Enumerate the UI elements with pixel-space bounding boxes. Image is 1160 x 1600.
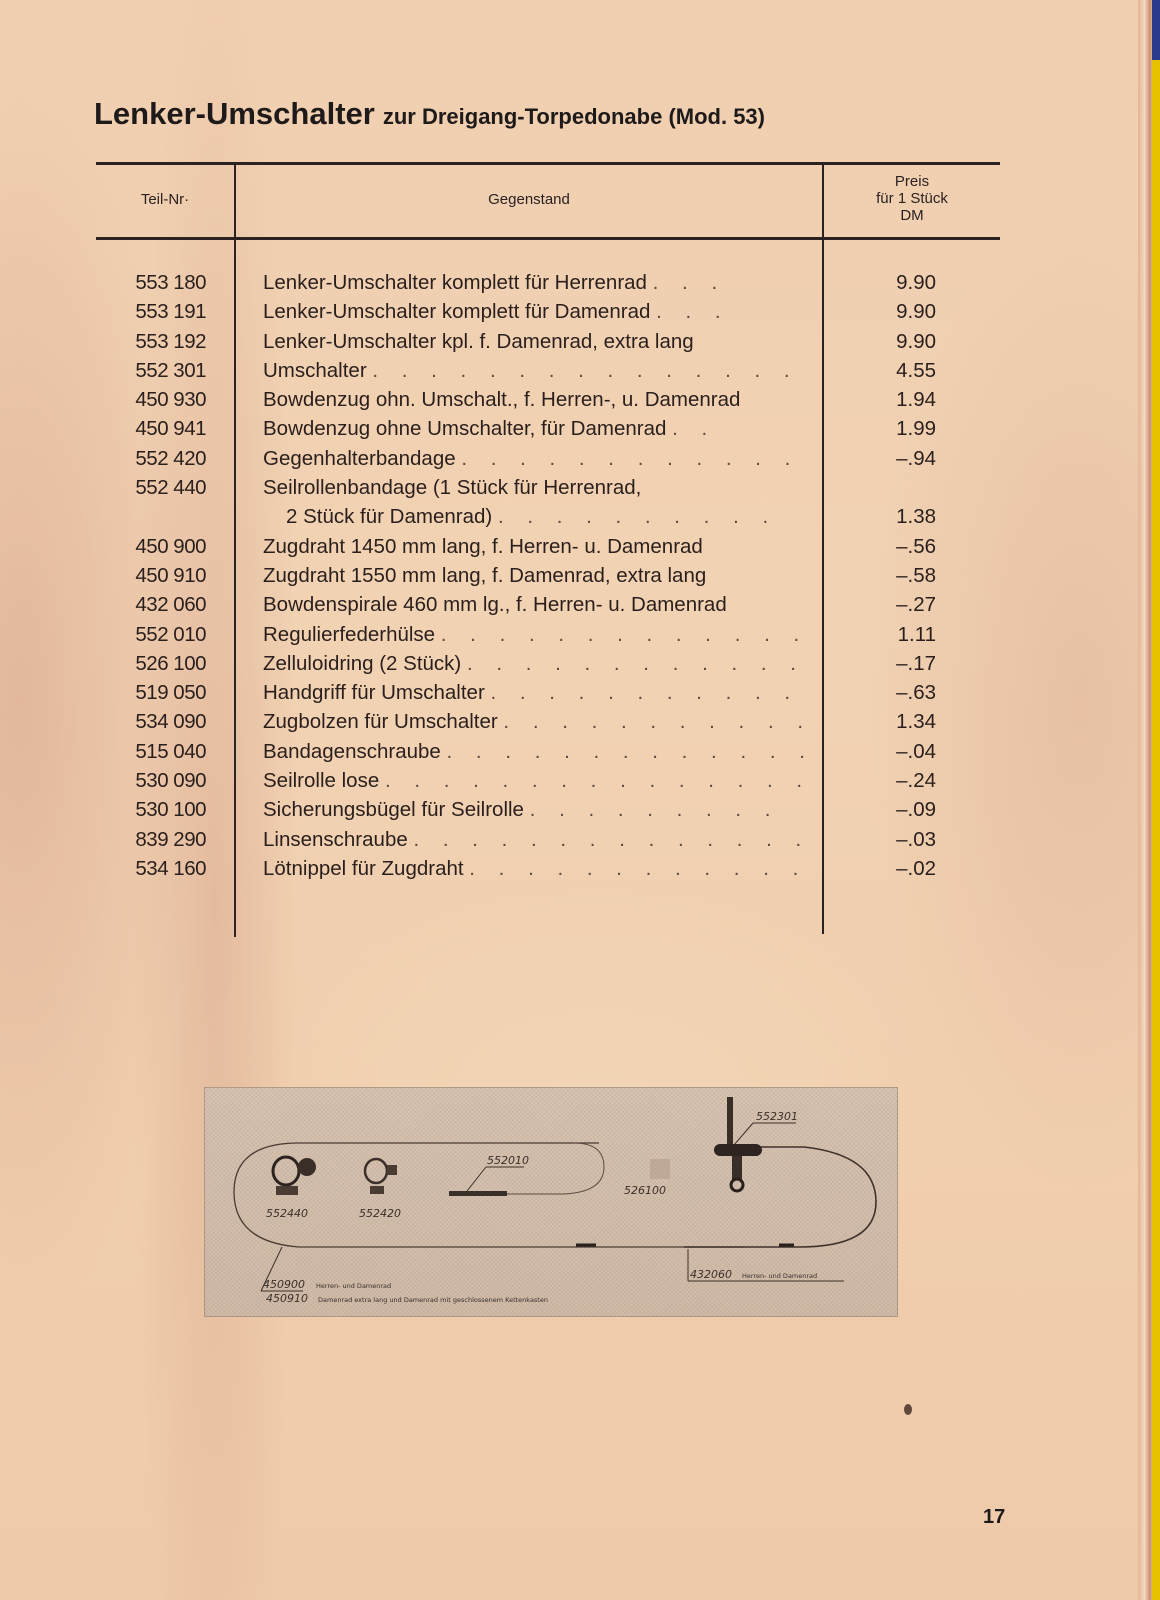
price: 1.38 [824,502,936,531]
table-row: 526 100Zelluloidring (2 Stück) . . . . .… [96,649,1000,678]
table-top-rule [96,162,1000,165]
item-text: Seilrollenbandage (1 Stück für Herrenrad… [263,476,641,499]
item-text: Zugdraht 1450 mm lang, f. Herren- u. Dam… [263,535,703,558]
item-text: Zelluloidring (2 Stück) [263,652,461,675]
label-552301: 552301 [756,1110,798,1123]
dot-leader: . . . . . . . . . . . [503,710,811,733]
table-row: 515 040Bandagenschraube . . . . . . . . … [96,737,1000,766]
table-row: 519 050Handgriff für Umschalter . . . . … [96,678,1000,707]
table-row: 553 191Lenker-Umschalter komplett für Da… [96,297,1000,326]
dot-leader: . . . . . . . . . . [498,505,777,528]
cover-edge-corner [1152,0,1160,60]
table-row: 552 440Seilrollenbandage (1 Stück für He… [96,473,1000,502]
part-number: 519 050 [96,678,206,707]
price: 4.55 [824,356,936,385]
table-body: 553 180Lenker-Umschalter komplett für He… [96,268,1000,883]
item-description: Umschalter . . . . . . . . . . . . . . .… [263,356,811,385]
item-text: Bandagenschraube [263,740,441,763]
price: –.27 [824,590,936,619]
part-number: 839 290 [96,825,206,854]
item-text: Handgriff für Umschalter [263,681,485,704]
table-row: 530 090Seilrolle lose . . . . . . . . . … [96,766,1000,795]
header-price-line3: DM [824,207,1000,224]
item-text: Lenker-Umschalter kpl. f. Damenrad, extr… [263,330,694,353]
item-description: Handgriff für Umschalter . . . . . . . .… [263,678,811,707]
item-description: 2 Stück für Damenrad) . . . . . . . . . … [286,502,811,531]
part-number: 530 090 [96,766,206,795]
label-450910: 450910 [266,1292,308,1305]
item-text: Regulierfederhülse [263,623,435,646]
item-description: Lenker-Umschalter komplett für Herrenrad… [263,268,811,297]
part-number: 552 440 [96,473,206,502]
cover-edge [1152,60,1160,1600]
label-450900: 450900 [263,1278,305,1291]
dot-leader: . . . [656,300,729,323]
price: 9.90 [824,327,936,356]
ink-spot [904,1404,912,1415]
item-description: Regulierfederhülse . . . . . . . . . . .… [263,620,811,649]
caption-432060: Herren- und Damenrad [742,1272,817,1280]
table-row: 553 180Lenker-Umschalter komplett für He… [96,268,1000,297]
dot-leader: . . . . . . . . . . . . . . . [413,828,811,851]
dot-leader: . . . [653,271,726,294]
label-552420: 552420 [359,1207,401,1220]
price: –.09 [824,795,936,824]
item-text: Lenker-Umschalter komplett für Herrenrad [263,271,647,294]
header-part-no: Teil-Nr· [96,191,234,208]
price: –.94 [824,444,936,473]
price: –.02 [824,854,936,883]
item-text: 2 Stück für Damenrad) [286,505,492,528]
part-number: 450 900 [96,532,206,561]
price: 1.99 [824,414,936,443]
item-text: Bowdenzug ohn. Umschalt., f. Herren-, u.… [263,388,740,411]
dot-leader: . . . . . . . . . . . . [469,857,807,880]
item-text: Sicherungsbügel für Seilrolle [263,798,524,821]
item-description: Seilrollenbandage (1 Stück für Herrenrad… [263,473,811,502]
price: –.63 [824,678,936,707]
caption-450910: Damenrad extra lang und Damenrad mit ges… [318,1296,548,1304]
price: 9.90 [824,268,936,297]
item-description: Bowdenzug ohn. Umschalt., f. Herren-, u.… [263,385,811,414]
item-description: Linsenschraube . . . . . . . . . . . . .… [263,825,811,854]
dot-leader: . . . . . . . . . [530,798,780,821]
price: 1.94 [824,385,936,414]
item-text: Linsenschraube [263,828,408,851]
part-number: 553 180 [96,268,206,297]
table-row: 530 100Sicherungsbügel für Seilrolle . .… [96,795,1000,824]
part-number: 450 910 [96,561,206,590]
price: –.03 [824,825,936,854]
item-description: Seilrolle lose . . . . . . . . . . . . .… [263,766,811,795]
header-price-line2: für 1 Stück [824,190,1000,207]
item-description: Bowdenzug ohne Umschalter, für Damenrad … [263,414,811,443]
label-432060: 432060 [690,1268,732,1281]
price: 9.90 [824,297,936,326]
table-row: 552 301Umschalter . . . . . . . . . . . … [96,356,1000,385]
item-text: Umschalter [263,359,367,382]
part-number: 553 191 [96,297,206,326]
caption-450900: Herren- und Damenrad [316,1282,391,1290]
label-552010: 552010 [487,1154,529,1167]
table-row: 534 160Lötnippel für Zugdraht . . . . . … [96,854,1000,883]
price: 1.34 [824,707,936,736]
dot-leader: . . . . . . . . . . . . . . . . [372,359,811,382]
table-row: 432 060Bowdenspirale 460 mm lg., f. Herr… [96,590,1000,619]
part-number: 534 090 [96,707,206,736]
part-number: 450 930 [96,385,206,414]
item-description: Sicherungsbügel für Seilrolle . . . . . … [263,795,811,824]
part-number: 553 192 [96,327,206,356]
table-row: 2 Stück für Damenrad) . . . . . . . . . … [96,502,1000,531]
item-text: Seilrolle lose [263,769,379,792]
item-text: Gegenhalterbandage [263,447,456,470]
label-552440: 552440 [266,1207,308,1220]
title-main: Lenker-Umschalter [94,96,375,131]
part-number: 432 060 [96,590,206,619]
part-number: 552 420 [96,444,206,473]
header-price-line1: Preis [824,173,1000,190]
table-row: 839 290Linsenschraube . . . . . . . . . … [96,825,1000,854]
item-description: Zelluloidring (2 Stück) . . . . . . . . … [263,649,811,678]
item-text: Zugbolzen für Umschalter [263,710,498,733]
price: –.04 [824,737,936,766]
label-526100: 526100 [624,1184,666,1197]
dot-leader: . . . . . . . . . . . [491,681,800,704]
item-description: Gegenhalterbandage . . . . . . . . . . .… [263,444,811,473]
part-number: 552 010 [96,620,206,649]
parts-illustration: 552440 552420 552010 526100 552301 45090… [204,1087,898,1317]
part-number: 515 040 [96,737,206,766]
part-number: 552 301 [96,356,206,385]
item-description: Zugbolzen für Umschalter . . . . . . . .… [263,707,811,736]
dot-leader: . . . . . . . . . . . . . [461,447,811,470]
page-title: Lenker-Umschalterzur Dreigang-Torpedonab… [94,96,765,132]
price: –.58 [824,561,936,590]
table-row: 450 941Bowdenzug ohne Umschalter, für Da… [96,414,1000,443]
table-header-rule [96,237,1000,240]
title-sub: zur Dreigang-Torpedonabe (Mod. 53) [383,104,765,129]
dot-leader: . . . . . . . . . . . . [467,652,805,675]
table-row: 450 930Bowdenzug ohn. Umschalt., f. Herr… [96,385,1000,414]
table-row: 450 900Zugdraht 1450 mm lang, f. Herren-… [96,532,1000,561]
item-description: Lenker-Umschalter kpl. f. Damenrad, extr… [263,327,811,356]
item-text: Lenker-Umschalter komplett für Damenrad [263,300,650,323]
price: –.17 [824,649,936,678]
table-row: 552 010Regulierfederhülse . . . . . . . … [96,620,1000,649]
item-description: Bandagenschraube . . . . . . . . . . . .… [263,737,811,766]
header-price: Preis für 1 Stück DM [824,173,1000,224]
price: –.56 [824,532,936,561]
table-row: 553 192Lenker-Umschalter kpl. f. Damenra… [96,327,1000,356]
header-item: Gegenstand [236,191,822,208]
price: –.24 [824,766,936,795]
dot-leader: . . . . . . . . . . . . . . [447,740,811,763]
table-row: 552 420Gegenhalterbandage . . . . . . . … [96,444,1000,473]
part-number: 534 160 [96,854,206,883]
part-number: 526 100 [96,649,206,678]
item-description: Lötnippel für Zugdraht . . . . . . . . .… [263,854,811,883]
page-number: 17 [983,1506,1005,1529]
price: 1.11 [824,620,936,649]
item-text: Zugdraht 1550 mm lang, f. Damenrad, extr… [263,564,706,587]
item-description: Bowdenspirale 460 mm lg., f. Herren- u. … [263,590,811,619]
dot-leader: . . [672,417,716,440]
part-number: 530 100 [96,795,206,824]
item-description: Zugdraht 1450 mm lang, f. Herren- u. Dam… [263,532,811,561]
item-text: Lötnippel für Zugdraht [263,857,464,880]
part-number: 450 941 [96,414,206,443]
item-description: Lenker-Umschalter komplett für Damenrad … [263,297,811,326]
dot-leader: . . . . . . . . . . . . . . . [385,769,811,792]
table-row: 450 910Zugdraht 1550 mm lang, f. Damenra… [96,561,1000,590]
item-text: Bowdenzug ohne Umschalter, für Damenrad [263,417,666,440]
item-text: Bowdenspirale 460 mm lg., f. Herren- u. … [263,593,727,616]
dot-leader: . . . . . . . . . . . . . . [441,623,811,646]
item-description: Zugdraht 1550 mm lang, f. Damenrad, extr… [263,561,811,590]
table-row: 534 090Zugbolzen für Umschalter . . . . … [96,707,1000,736]
